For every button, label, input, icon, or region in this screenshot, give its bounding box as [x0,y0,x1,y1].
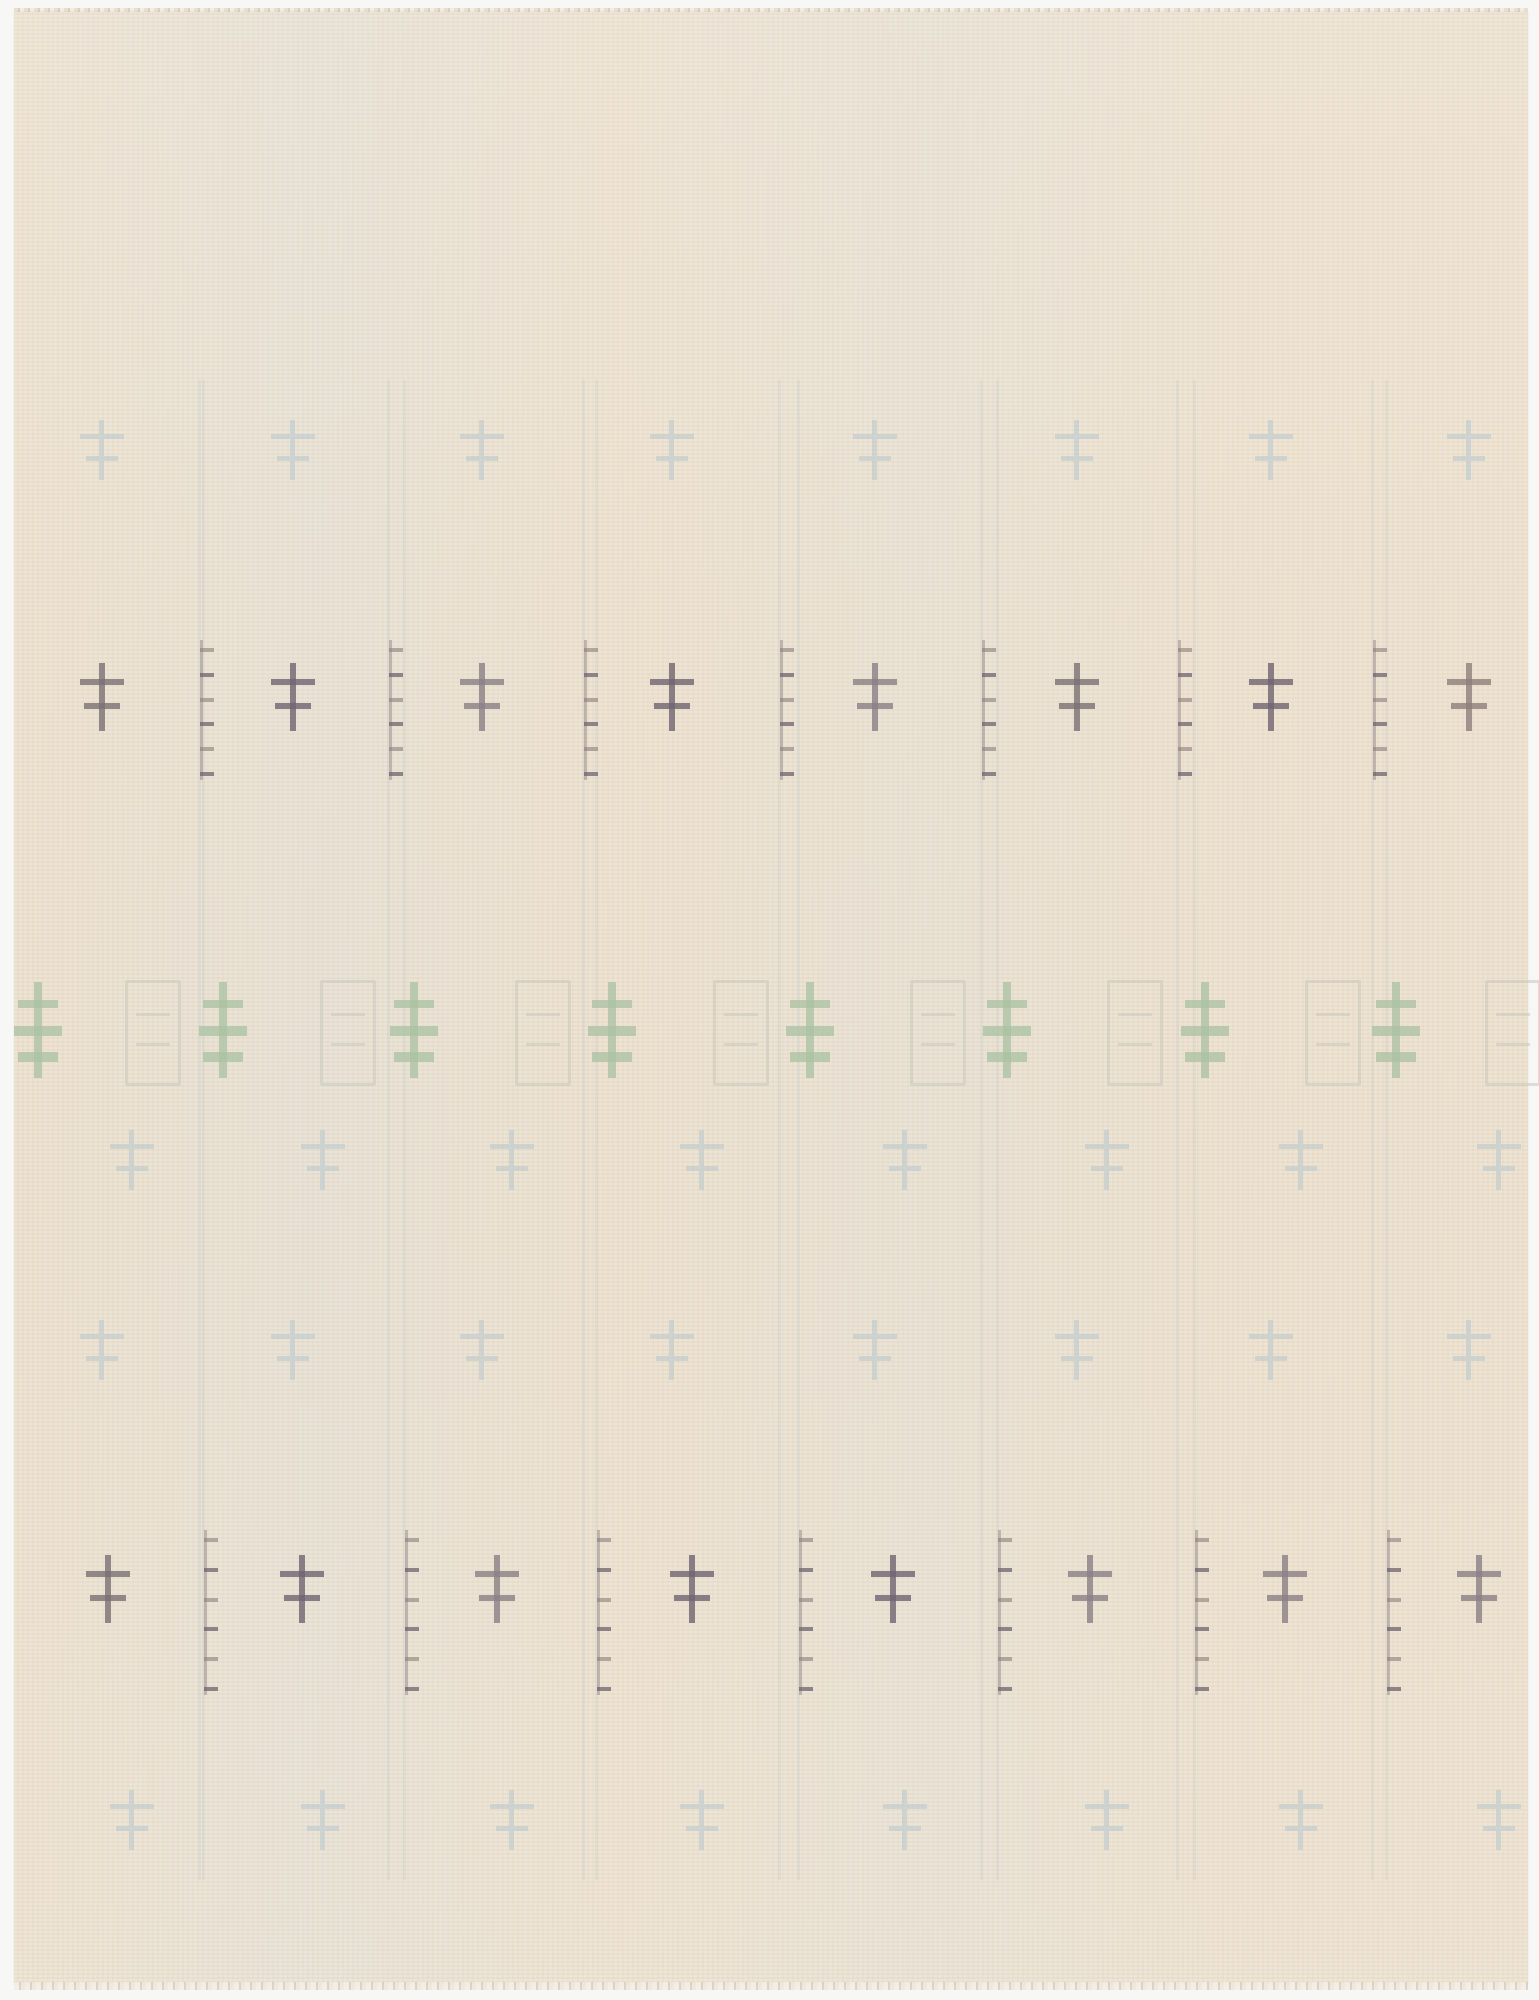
cross-motif [86,1555,130,1623]
cross-motif [1263,1555,1307,1623]
comb-motif [200,640,216,780]
green-band-motif [197,982,249,1078]
pale-cross-motif [460,420,504,480]
light-band-motif [1305,980,1361,1086]
light-band-motif [515,980,571,1086]
pale-cross-motif [301,1130,345,1190]
cross-motif [475,1555,519,1623]
cross-motif [1249,663,1293,731]
light-band-motif [125,980,181,1086]
green-band-motif [586,982,638,1078]
comb-motif [584,640,600,780]
comb-motif [1178,640,1194,780]
cross-motif [1068,1555,1112,1623]
green-band-motif [784,982,836,1078]
vertical-stripe [1371,380,1374,1880]
pale-cross-motif [80,420,124,480]
pale-cross-motif [650,420,694,480]
green-band-motif [12,982,64,1078]
comb-motif [597,1530,613,1695]
cross-motif [670,1555,714,1623]
pale-cross-motif [1249,420,1293,480]
pale-cross-motif [1085,1130,1129,1190]
pale-cross-motif [301,1790,345,1850]
pale-cross-motif [110,1790,154,1850]
vertical-stripe [1176,380,1179,1880]
comb-motif [1195,1530,1211,1695]
comb-motif [405,1530,421,1695]
green-band-motif [1370,982,1422,1078]
pale-cross-motif [460,1320,504,1380]
pale-cross-motif [1085,1790,1129,1850]
cross-motif [853,663,897,731]
pale-cross-motif [853,420,897,480]
pale-cross-motif [1447,420,1491,480]
comb-motif [998,1530,1014,1695]
green-band-motif [1179,982,1231,1078]
cross-motif [650,663,694,731]
light-band-motif [320,980,376,1086]
pale-cross-motif [490,1130,534,1190]
comb-motif [780,640,796,780]
pale-cross-motif [1249,1320,1293,1380]
pale-cross-motif [1477,1130,1521,1190]
pale-cross-motif [1055,1320,1099,1380]
vertical-stripe [198,380,201,1880]
cross-motif [1055,663,1099,731]
pale-cross-motif [490,1790,534,1850]
pale-cross-motif [1477,1790,1521,1850]
cross-motif [1457,1555,1501,1623]
pale-cross-motif [1447,1320,1491,1380]
light-band-motif [910,980,966,1086]
cross-motif [1447,663,1491,731]
cross-motif [271,663,315,731]
vertical-stripe [778,380,781,1880]
comb-motif [1387,1530,1403,1695]
cross-motif [871,1555,915,1623]
pale-cross-motif [110,1130,154,1190]
pale-cross-motif [680,1790,724,1850]
green-band-motif [981,982,1033,1078]
vertical-stripe [980,380,983,1880]
pale-cross-motif [883,1790,927,1850]
bottom-fringe [14,1982,1528,1990]
vertical-stripe [387,380,390,1880]
comb-motif [982,640,998,780]
pale-cross-motif [80,1320,124,1380]
cross-motif [280,1555,324,1623]
comb-motif [1373,640,1389,780]
pale-cross-motif [680,1130,724,1190]
green-band-motif [388,982,440,1078]
cross-motif [80,663,124,731]
pale-cross-motif [853,1320,897,1380]
pale-cross-motif [1279,1790,1323,1850]
light-band-motif [713,980,769,1086]
comb-motif [204,1530,220,1695]
pale-cross-motif [650,1320,694,1380]
pale-cross-motif [1279,1130,1323,1190]
pale-cross-motif [883,1130,927,1190]
cross-motif [460,663,504,731]
comb-motif [389,640,405,780]
pale-cross-motif [271,1320,315,1380]
vertical-stripe [582,380,585,1880]
pale-cross-motif [271,420,315,480]
light-band-motif [1107,980,1163,1086]
comb-motif [799,1530,815,1695]
pale-cross-motif [1055,420,1099,480]
light-band-motif [1485,980,1539,1086]
